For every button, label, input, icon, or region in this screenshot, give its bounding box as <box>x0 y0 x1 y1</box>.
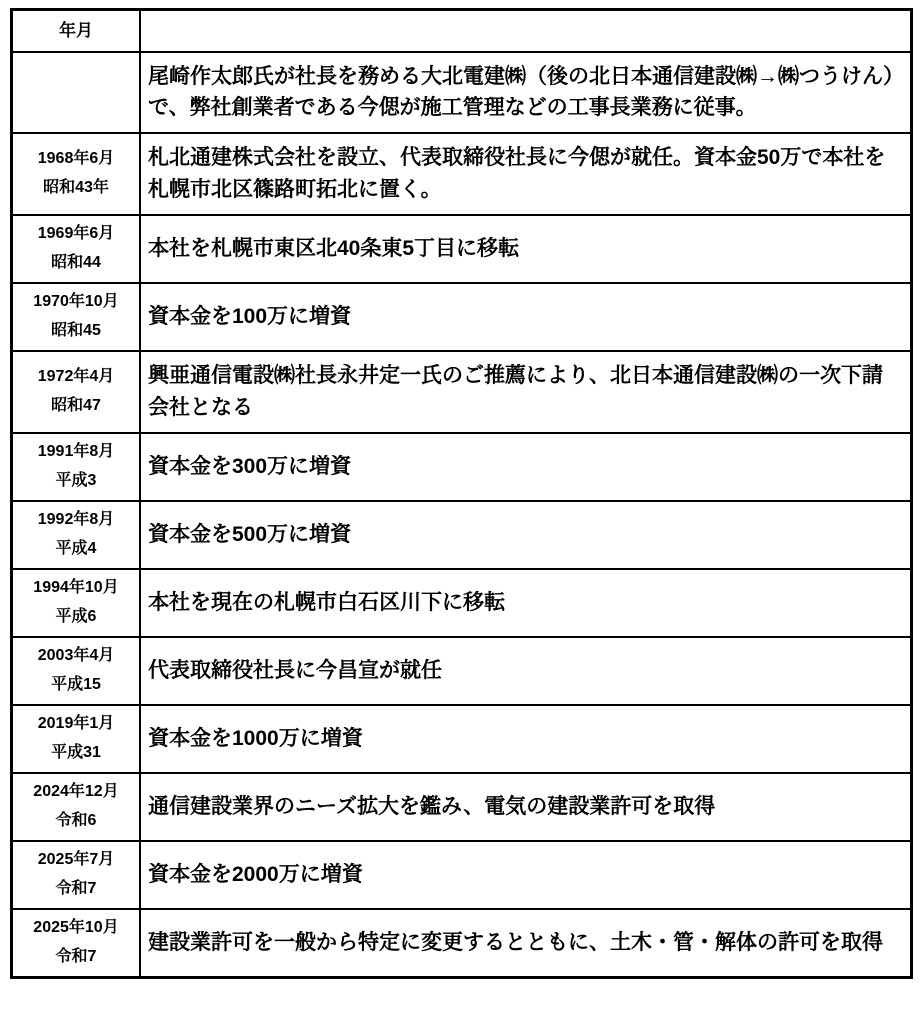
table-header-row: 年月 <box>12 10 912 52</box>
description-cell: 資本金を500万に増資 <box>140 501 912 569</box>
table-row: 2025年7月 令和7 資本金を2000万に増資 <box>12 841 912 909</box>
header-cell-description <box>140 10 912 52</box>
company-history-page: 年月 尾崎作太郎氏が社長を務める大北電建㈱（後の北日本通信建設㈱→㈱つうけん）で… <box>0 0 923 1024</box>
description-cell: 資本金を2000万に増資 <box>140 841 912 909</box>
date-western: 2025年7月 <box>15 846 137 875</box>
date-era: 平成15 <box>15 671 137 700</box>
date-era: 昭和45 <box>15 317 137 346</box>
date-western: 2024年12月 <box>15 778 137 807</box>
header-cell-date: 年月 <box>12 10 141 52</box>
date-cell: 2003年4月 平成15 <box>12 637 141 705</box>
description-cell: 本社を札幌市東区北40条東5丁目に移転 <box>140 215 912 283</box>
table-row: 尾崎作太郎氏が社長を務める大北電建㈱（後の北日本通信建設㈱→㈱つうけん）で、弊社… <box>12 52 912 134</box>
table-row: 1970年10月 昭和45 資本金を100万に増資 <box>12 283 912 351</box>
table-row: 1972年4月 昭和47 興亜通信電設㈱社長永井定一氏のご推薦により、北日本通信… <box>12 351 912 433</box>
date-cell: 1991年8月 平成3 <box>12 433 141 501</box>
date-era: 令和7 <box>15 875 137 904</box>
table-row: 1968年6月 昭和43年 札北通建株式会社を設立、代表取締役社長に今偲が就任。… <box>12 133 912 215</box>
description-cell: 札北通建株式会社を設立、代表取締役社長に今偲が就任。資本金50万で本社を札幌市北… <box>140 133 912 215</box>
description-cell: 尾崎作太郎氏が社長を務める大北電建㈱（後の北日本通信建設㈱→㈱つうけん）で、弊社… <box>140 52 912 134</box>
date-cell: 1968年6月 昭和43年 <box>12 133 141 215</box>
description-cell: 興亜通信電設㈱社長永井定一氏のご推薦により、北日本通信建設㈱の一次下請会社となる <box>140 351 912 433</box>
table-row: 1991年8月 平成3 資本金を300万に増資 <box>12 433 912 501</box>
description-cell: 資本金を300万に増資 <box>140 433 912 501</box>
date-western: 1969年6月 <box>15 220 137 249</box>
date-cell: 2025年10月 令和7 <box>12 909 141 977</box>
date-cell: 1992年8月 平成4 <box>12 501 141 569</box>
date-western: 1968年6月 <box>15 145 137 174</box>
description-cell: 本社を現在の札幌市白石区川下に移転 <box>140 569 912 637</box>
date-western: 1970年10月 <box>15 288 137 317</box>
date-western: 1991年8月 <box>15 438 137 467</box>
date-era: 昭和47 <box>15 392 137 421</box>
description-cell: 代表取締役社長に今昌宣が就任 <box>140 637 912 705</box>
table-row: 1994年10月 平成6 本社を現在の札幌市白石区川下に移転 <box>12 569 912 637</box>
date-western: 2003年4月 <box>15 642 137 671</box>
company-history-table: 年月 尾崎作太郎氏が社長を務める大北電建㈱（後の北日本通信建設㈱→㈱つうけん）で… <box>10 8 913 979</box>
date-era: 令和6 <box>15 807 137 836</box>
description-cell: 資本金を100万に増資 <box>140 283 912 351</box>
date-era: 平成31 <box>15 739 137 768</box>
date-cell: 1972年4月 昭和47 <box>12 351 141 433</box>
date-cell: 2024年12月 令和6 <box>12 773 141 841</box>
date-cell: 1994年10月 平成6 <box>12 569 141 637</box>
date-era: 昭和43年 <box>15 174 137 203</box>
date-western: 1992年8月 <box>15 506 137 535</box>
table-row: 1969年6月 昭和44 本社を札幌市東区北40条東5丁目に移転 <box>12 215 912 283</box>
table-row: 2025年10月 令和7 建設業許可を一般から特定に変更するとともに、土木・管・… <box>12 909 912 977</box>
table-row: 2003年4月 平成15 代表取締役社長に今昌宣が就任 <box>12 637 912 705</box>
description-cell: 建設業許可を一般から特定に変更するとともに、土木・管・解体の許可を取得 <box>140 909 912 977</box>
description-cell: 通信建設業界のニーズ拡大を鑑み、電気の建設業許可を取得 <box>140 773 912 841</box>
date-era: 令和7 <box>15 943 137 972</box>
date-era: 昭和44 <box>15 249 137 278</box>
date-cell: 2019年1月 平成31 <box>12 705 141 773</box>
table-row: 2019年1月 平成31 資本金を1000万に増資 <box>12 705 912 773</box>
date-western: 1994年10月 <box>15 574 137 603</box>
date-cell: 1969年6月 昭和44 <box>12 215 141 283</box>
date-western: 2019年1月 <box>15 710 137 739</box>
date-western: 1972年4月 <box>15 363 137 392</box>
date-era: 平成3 <box>15 467 137 496</box>
date-cell: 2025年7月 令和7 <box>12 841 141 909</box>
table-row: 1992年8月 平成4 資本金を500万に増資 <box>12 501 912 569</box>
description-cell: 資本金を1000万に増資 <box>140 705 912 773</box>
date-western: 2025年10月 <box>15 914 137 943</box>
table-row: 2024年12月 令和6 通信建設業界のニーズ拡大を鑑み、電気の建設業許可を取得 <box>12 773 912 841</box>
date-era: 平成6 <box>15 603 137 632</box>
date-cell <box>12 52 141 134</box>
date-cell: 1970年10月 昭和45 <box>12 283 141 351</box>
date-era: 平成4 <box>15 535 137 564</box>
